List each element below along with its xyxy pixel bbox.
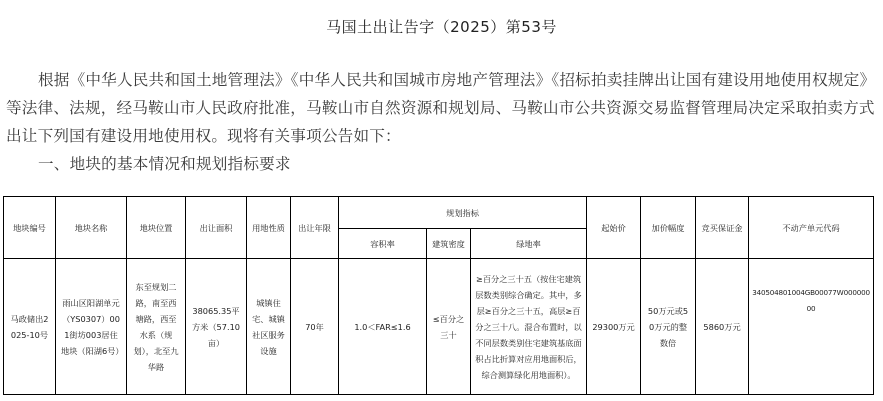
header-transfer-area: 出让面积 xyxy=(186,197,247,259)
cell-deposit: 5860万元 xyxy=(696,259,749,395)
header-term: 出让年限 xyxy=(291,197,339,259)
header-far: 容积率 xyxy=(339,229,427,259)
cell-increment: 50万元或50万元的整数倍 xyxy=(641,259,696,395)
header-parcel-no: 地块编号 xyxy=(4,197,56,259)
header-increment: 加价幅度 xyxy=(641,197,696,259)
cell-parcel-name: 雨山区阳湖单元（YS0307）001街坊003居住地块（阳湖6号） xyxy=(56,259,127,395)
header-deposit: 竞买保证金 xyxy=(696,197,749,259)
header-starting-price: 起始价 xyxy=(587,197,641,259)
cell-land-use: 城镇住宅、城镇社区服务设施 xyxy=(247,259,291,395)
cell-transfer-area: 38065.35平方米（57.10亩） xyxy=(186,259,247,395)
cell-far: 1.0＜FAR≤1.6 xyxy=(339,259,427,395)
header-green-ratio: 绿地率 xyxy=(471,229,587,259)
table-header-row: 地块编号 地块名称 地块位置 出让面积 用地性质 出让年限 规划指标 起始价 加… xyxy=(4,197,874,229)
header-building-density: 建筑密度 xyxy=(427,229,471,259)
header-parcel-name: 地块名称 xyxy=(56,197,127,259)
intro-paragraph: 根据《中华人民共和国土地管理法》《中华人民共和国城市房地产管理法》《招标拍卖挂牌… xyxy=(6,66,876,150)
cell-green-ratio: ≥百分之三十五（按住宅建筑层数类别综合确定。其中，多层≥百分之三十五，高层≥百分… xyxy=(471,259,587,395)
header-parcel-location: 地块位置 xyxy=(127,197,186,259)
cell-parcel-location: 东至规划二路，南至西塘路，西至水系（规划），北至九华路 xyxy=(127,259,186,395)
cell-property-unit-code: 340504801004GB00077W00000000 xyxy=(749,259,874,395)
cell-starting-price: 29300万元 xyxy=(587,259,641,395)
header-property-unit-code: 不动产单元代码 xyxy=(749,197,874,259)
header-planning-indicators: 规划指标 xyxy=(339,197,587,229)
section-heading: 一、地块的基本情况和规划指标要求 xyxy=(38,150,883,178)
cell-parcel-no: 马政储出2025-10号 xyxy=(4,259,56,395)
land-parcel-table: 地块编号 地块名称 地块位置 出让面积 用地性质 出让年限 规划指标 起始价 加… xyxy=(3,196,874,395)
cell-term: 70年 xyxy=(291,259,339,395)
document-title: 马国土出让告字（2025）第53号 xyxy=(0,16,883,37)
header-land-use: 用地性质 xyxy=(247,197,291,259)
table-row: 马政储出2025-10号 雨山区阳湖单元（YS0307）001街坊003居住地块… xyxy=(4,259,874,395)
cell-building-density: ≤百分之三十 xyxy=(427,259,471,395)
